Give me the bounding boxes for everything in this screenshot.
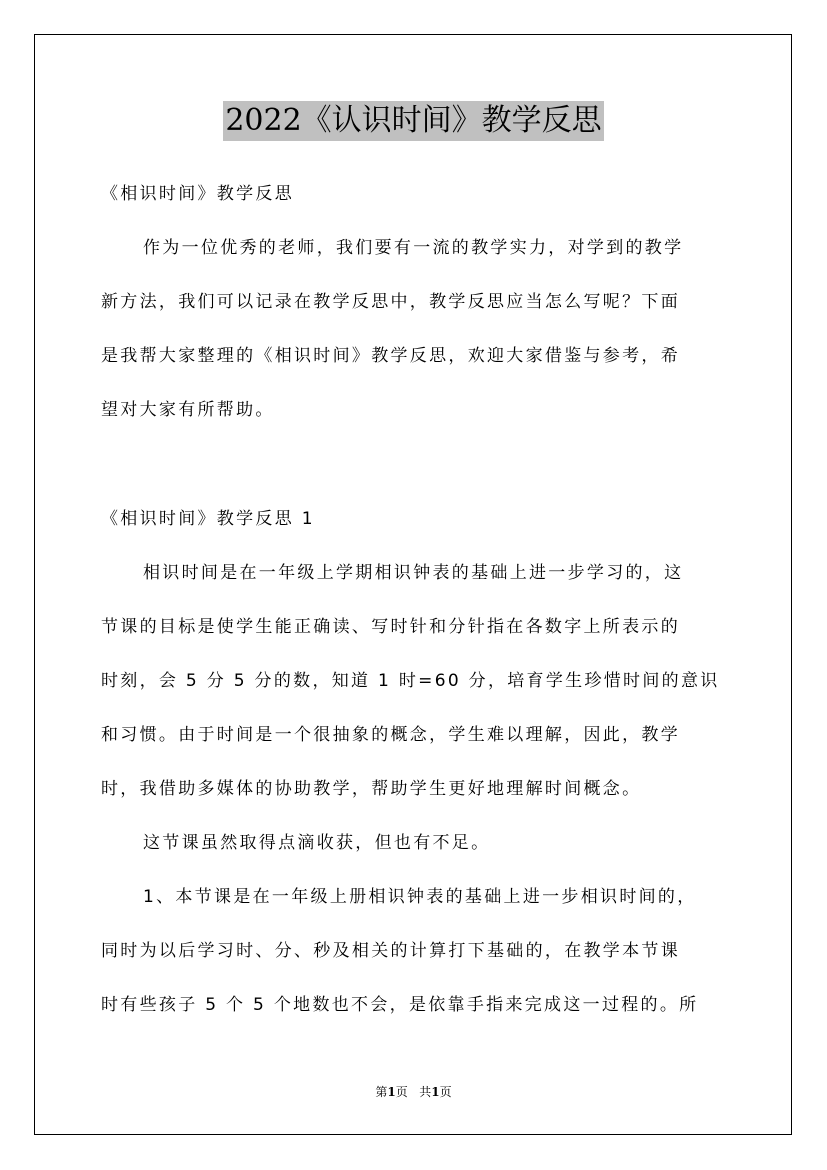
text-line: 同时为以后学习时、分、秒及相关的计算打下基础的，在教学本节课 — [101, 940, 741, 962]
text-line: 时，我借助多媒体的协助教学，帮助学生更好地理解时间概念。 — [101, 778, 741, 800]
text-line: 《相识时间》教学反思 — [101, 183, 741, 205]
text-line: 新方法，我们可以记录在教学反思中，教学反思应当怎么写呢？下面 — [101, 291, 741, 313]
text-line: 是我帮大家整理的《相识时间》教学反思，欢迎大家借鉴与参考，希 — [101, 345, 741, 367]
text-line: 和习惯。由于时间是一个很抽象的概念，学生难以理解，因此，教学 — [101, 724, 741, 746]
text-line: 时刻，会 5 分 5 分的数，知道 1 时=60 分，培育学生珍惜时间的意识 — [101, 670, 741, 692]
document-title-container: 2022《认识时间》教学反思 — [0, 101, 827, 141]
text-line: 1、本节课是在一年级上册相识钟表的基础上进一步相识时间的， — [143, 886, 783, 908]
total-suffix: 页 — [440, 1085, 452, 1099]
total-prefix: 共 — [419, 1085, 431, 1099]
text-line: 节课的目标是使学生能正确读、写时针和分针指在各数字上所表示的 — [101, 616, 741, 638]
document-title: 2022《认识时间》教学反思 — [223, 101, 603, 141]
current-page-number: 1 — [387, 1085, 395, 1099]
page-footer: 第1页 共1页 — [0, 1083, 827, 1100]
text-line: 《相识时间》教学反思 1 — [101, 508, 741, 530]
text-line: 望对大家有所帮助。 — [101, 399, 741, 421]
text-line: 相识时间是在一年级上学期相识钟表的基础上进一步学习的，这 — [143, 562, 783, 584]
page-suffix: 页 — [396, 1085, 408, 1099]
text-line: 作为一位优秀的老师，我们要有一流的教学实力，对学到的教学 — [143, 237, 783, 259]
text-line: 时有些孩子 5 个 5 个地数也不会，是依靠手指来完成这一过程的。所 — [101, 994, 741, 1016]
page-prefix: 第 — [375, 1085, 387, 1099]
total-page-number: 1 — [431, 1085, 439, 1099]
text-line: 这节课虽然取得点滴收获，但也有不足。 — [143, 832, 783, 854]
